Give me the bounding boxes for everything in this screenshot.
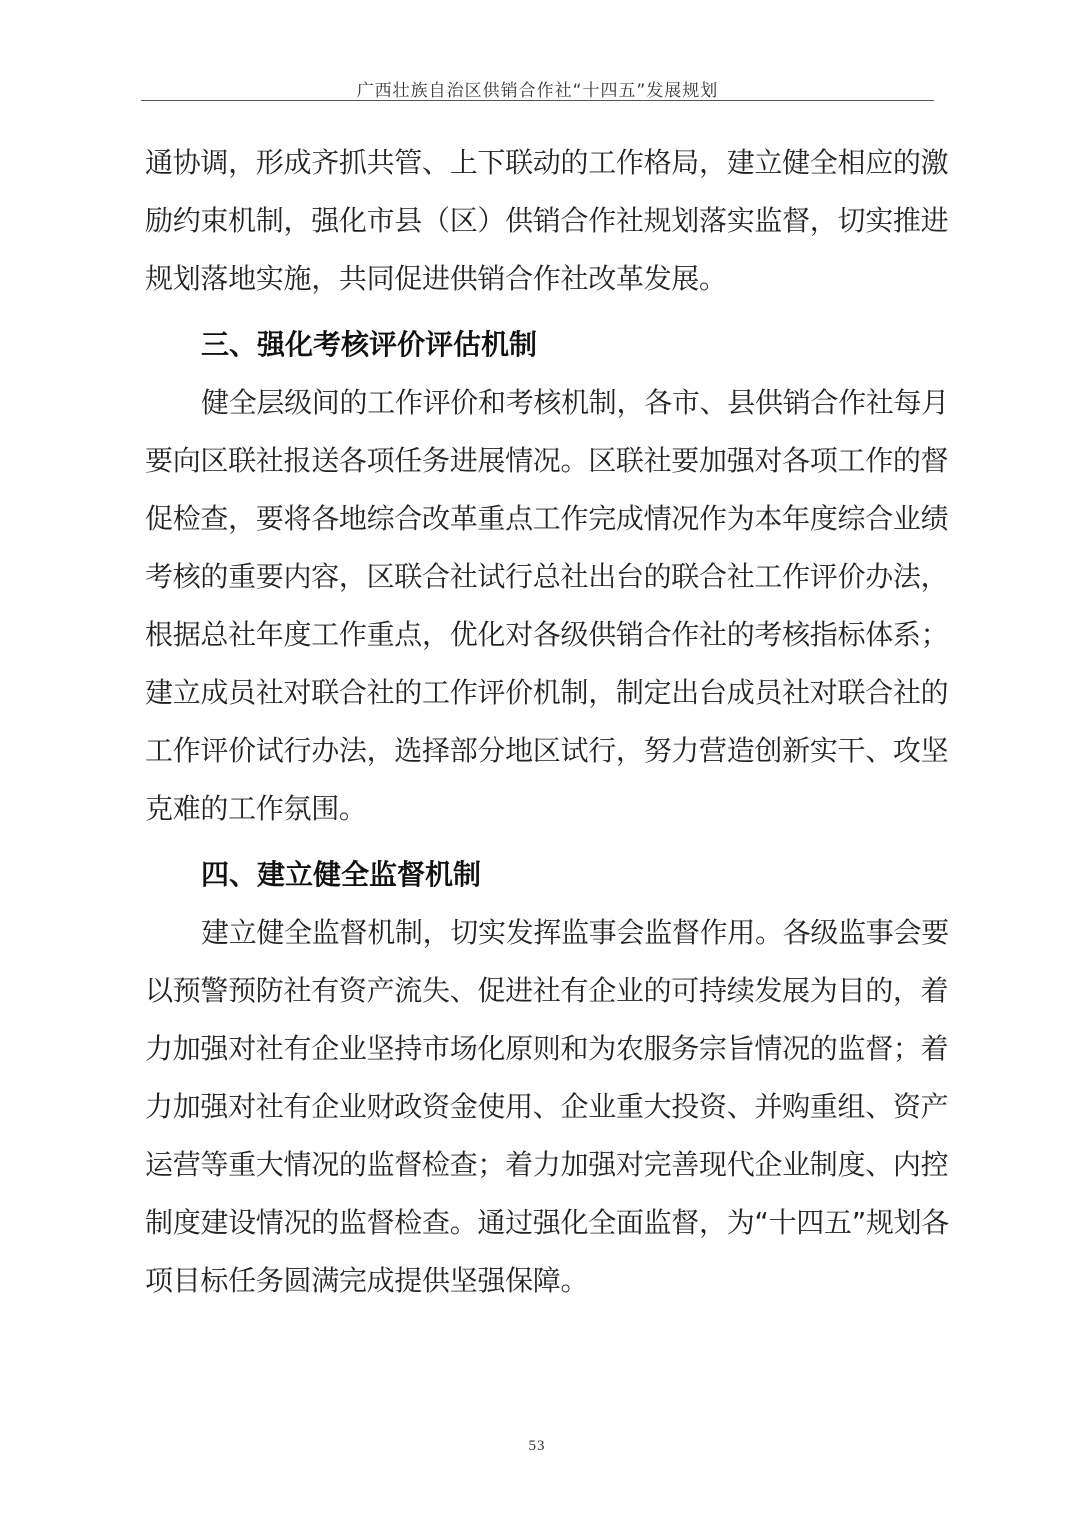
header-divider <box>141 100 934 101</box>
paragraph-line: 建立健全监督机制，切实发挥监事会监督作用。各级监事会要 <box>145 904 935 962</box>
document-body: 通协调，形成齐抓共管、上下联动的工作格局，建立健全相应的激 励约束机制，强化市县… <box>145 134 935 1310</box>
spacer <box>145 838 935 846</box>
continuation-paragraph: 通协调，形成齐抓共管、上下联动的工作格局，建立健全相应的激 励约束机制，强化市县… <box>145 134 935 308</box>
paragraph-line: 通协调，形成齐抓共管、上下联动的工作格局，建立健全相应的激 <box>145 134 935 192</box>
paragraph-line: 制度建设情况的监督检查。通过强化全面监督，为“十四五”规划各 <box>145 1194 935 1252</box>
paragraph-line: 运营等重大情况的监督检查；着力加强对完善现代企业制度、内控 <box>145 1136 935 1194</box>
paragraph-line: 工作评价试行办法，选择部分地区试行，努力营造创新实干、攻坚 <box>145 722 935 780</box>
paragraph-line: 项目标任务圆满完成提供坚强保障。 <box>145 1252 935 1310</box>
paragraph-line: 规划落地实施，共同促进供销合作社改革发展。 <box>145 250 935 308</box>
section-3: 三、强化考核评价评估机制 健全层级间的工作评价和考核机制，各市、县供销合作社每月… <box>145 316 935 838</box>
paragraph-line: 克难的工作氛围。 <box>145 780 935 838</box>
paragraph-line: 健全层级间的工作评价和考核机制，各市、县供销合作社每月 <box>145 374 935 432</box>
paragraph-line: 促检查，要将各地综合改革重点工作完成情况作为本年度综合业绩 <box>145 490 935 548</box>
paragraph-line: 考核的重要内容，区联合社试行总社出台的联合社工作评价办法， <box>145 548 935 606</box>
paragraph-line: 根据总社年度工作重点，优化对各级供销合作社的考核指标体系； <box>145 606 935 664</box>
paragraph-line: 励约束机制，强化市县（区）供销合作社规划落实监督，切实推进 <box>145 192 935 250</box>
header-title: 广西壮族自治区供销合作社“十四五”发展规划 <box>141 76 934 101</box>
page-number: 53 <box>0 1438 1074 1455</box>
section-heading: 三、强化考核评价评估机制 <box>145 316 935 374</box>
paragraph-line: 力加强对社有企业财政资金使用、企业重大投资、并购重组、资产 <box>145 1078 935 1136</box>
paragraph-line: 力加强对社有企业坚持市场化原则和为农服务宗旨情况的监督；着 <box>145 1020 935 1078</box>
running-header: 广西壮族自治区供销合作社“十四五”发展规划 <box>141 70 934 102</box>
spacer <box>145 308 935 316</box>
section-heading: 四、建立健全监督机制 <box>145 846 935 904</box>
paragraph-line: 建立成员社对联合社的工作评价机制，制定出台成员社对联合社的 <box>145 664 935 722</box>
section-4: 四、建立健全监督机制 建立健全监督机制，切实发挥监事会监督作用。各级监事会要 以… <box>145 846 935 1310</box>
paragraph-line: 要向区联社报送各项任务进展情况。区联社要加强对各项工作的督 <box>145 432 935 490</box>
paragraph-line: 以预警预防社有资产流失、促进社有企业的可持续发展为目的，着 <box>145 962 935 1020</box>
